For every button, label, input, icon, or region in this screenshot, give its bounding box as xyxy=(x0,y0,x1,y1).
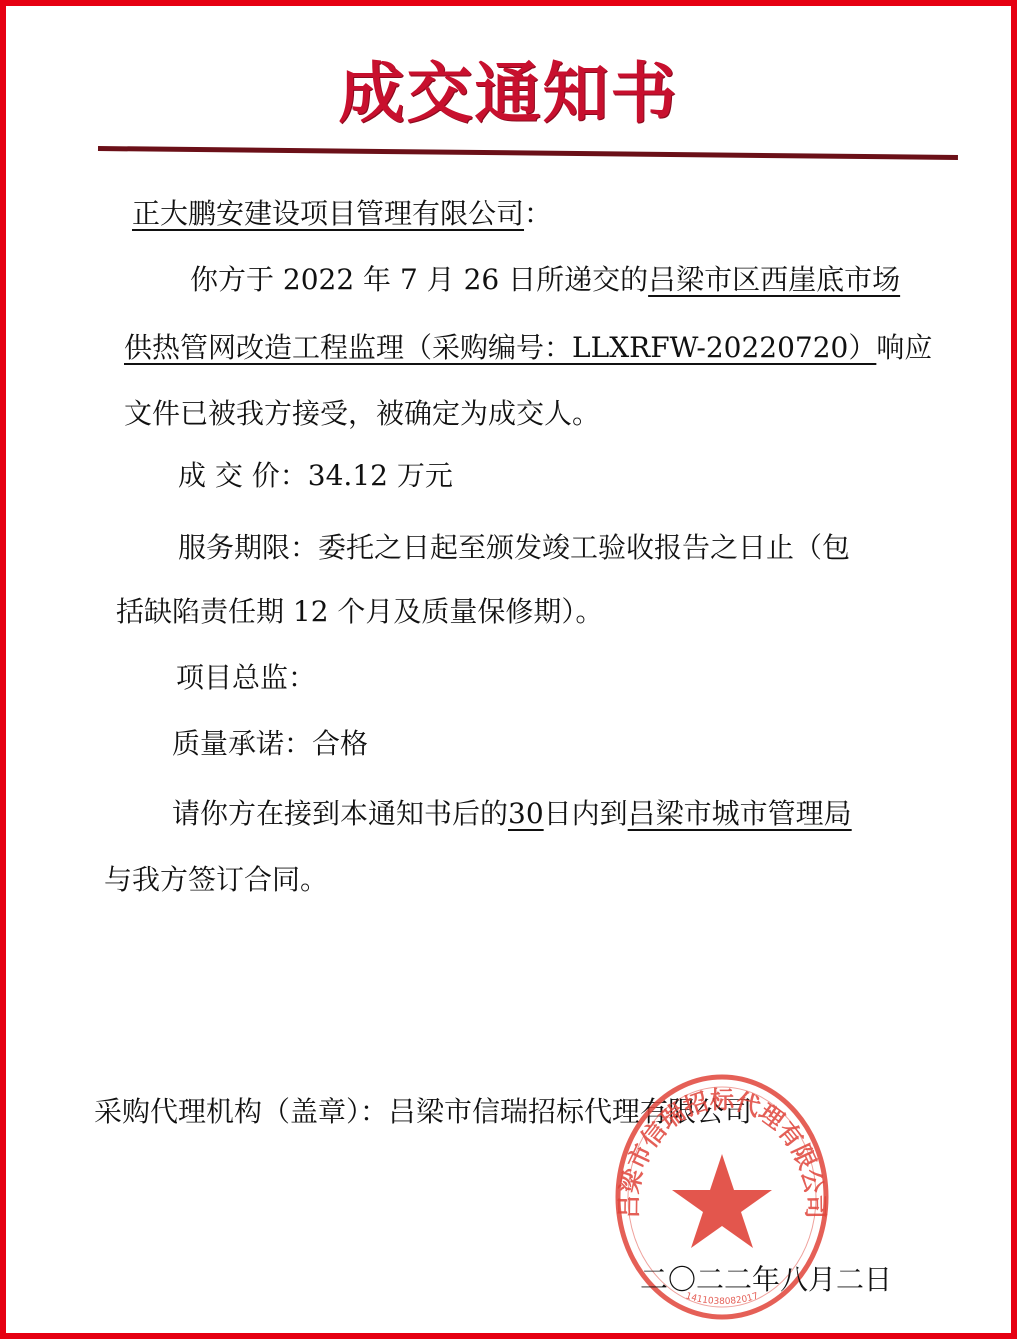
contract-place: 吕梁市城市管理局 xyxy=(628,797,852,830)
document-title: 成交通知书 xyxy=(0,40,1017,135)
addressee-line: 正大鹏安建设项目管理有限公司： xyxy=(132,192,552,232)
project-name: 吕梁市区西崖底市场 xyxy=(648,263,900,296)
service-period-line2: 括缺陷责任期 12 个月及质量保修期）。 xyxy=(116,590,603,630)
sign-para-line2: 与我方签订合同。 xyxy=(104,858,328,898)
project-director: 项目总监： xyxy=(176,656,316,696)
service-period-line1: 服务期限：委托之日起至颁发竣工验收报告之日止（包 xyxy=(178,526,850,566)
issue-date: 二〇二二年八月二日 xyxy=(640,1258,892,1298)
project-name-cont: 供热管网改造工程监理（采购编号：LLXRFW-20220720） xyxy=(124,331,876,364)
para1-line3: 文件已被我方接受，被确定为成交人。 xyxy=(124,392,600,432)
sign-para-line1: 请你方在接到本通知书后的30日内到吕梁市城市管理局 xyxy=(172,792,852,832)
para1-line1: 你方于 2022 年 7 月 26 日所递交的吕梁市区西崖底市场 xyxy=(190,258,900,298)
para1-line2: 供热管网改造工程监理（采购编号：LLXRFW-20220720）响应 xyxy=(124,326,932,366)
addressee: 正大鹏安建设项目管理有限公司 xyxy=(132,197,524,230)
price: 成 交 价：34.12 万元 xyxy=(178,454,453,494)
quality-commitment: 质量承诺：合格 xyxy=(172,722,368,762)
